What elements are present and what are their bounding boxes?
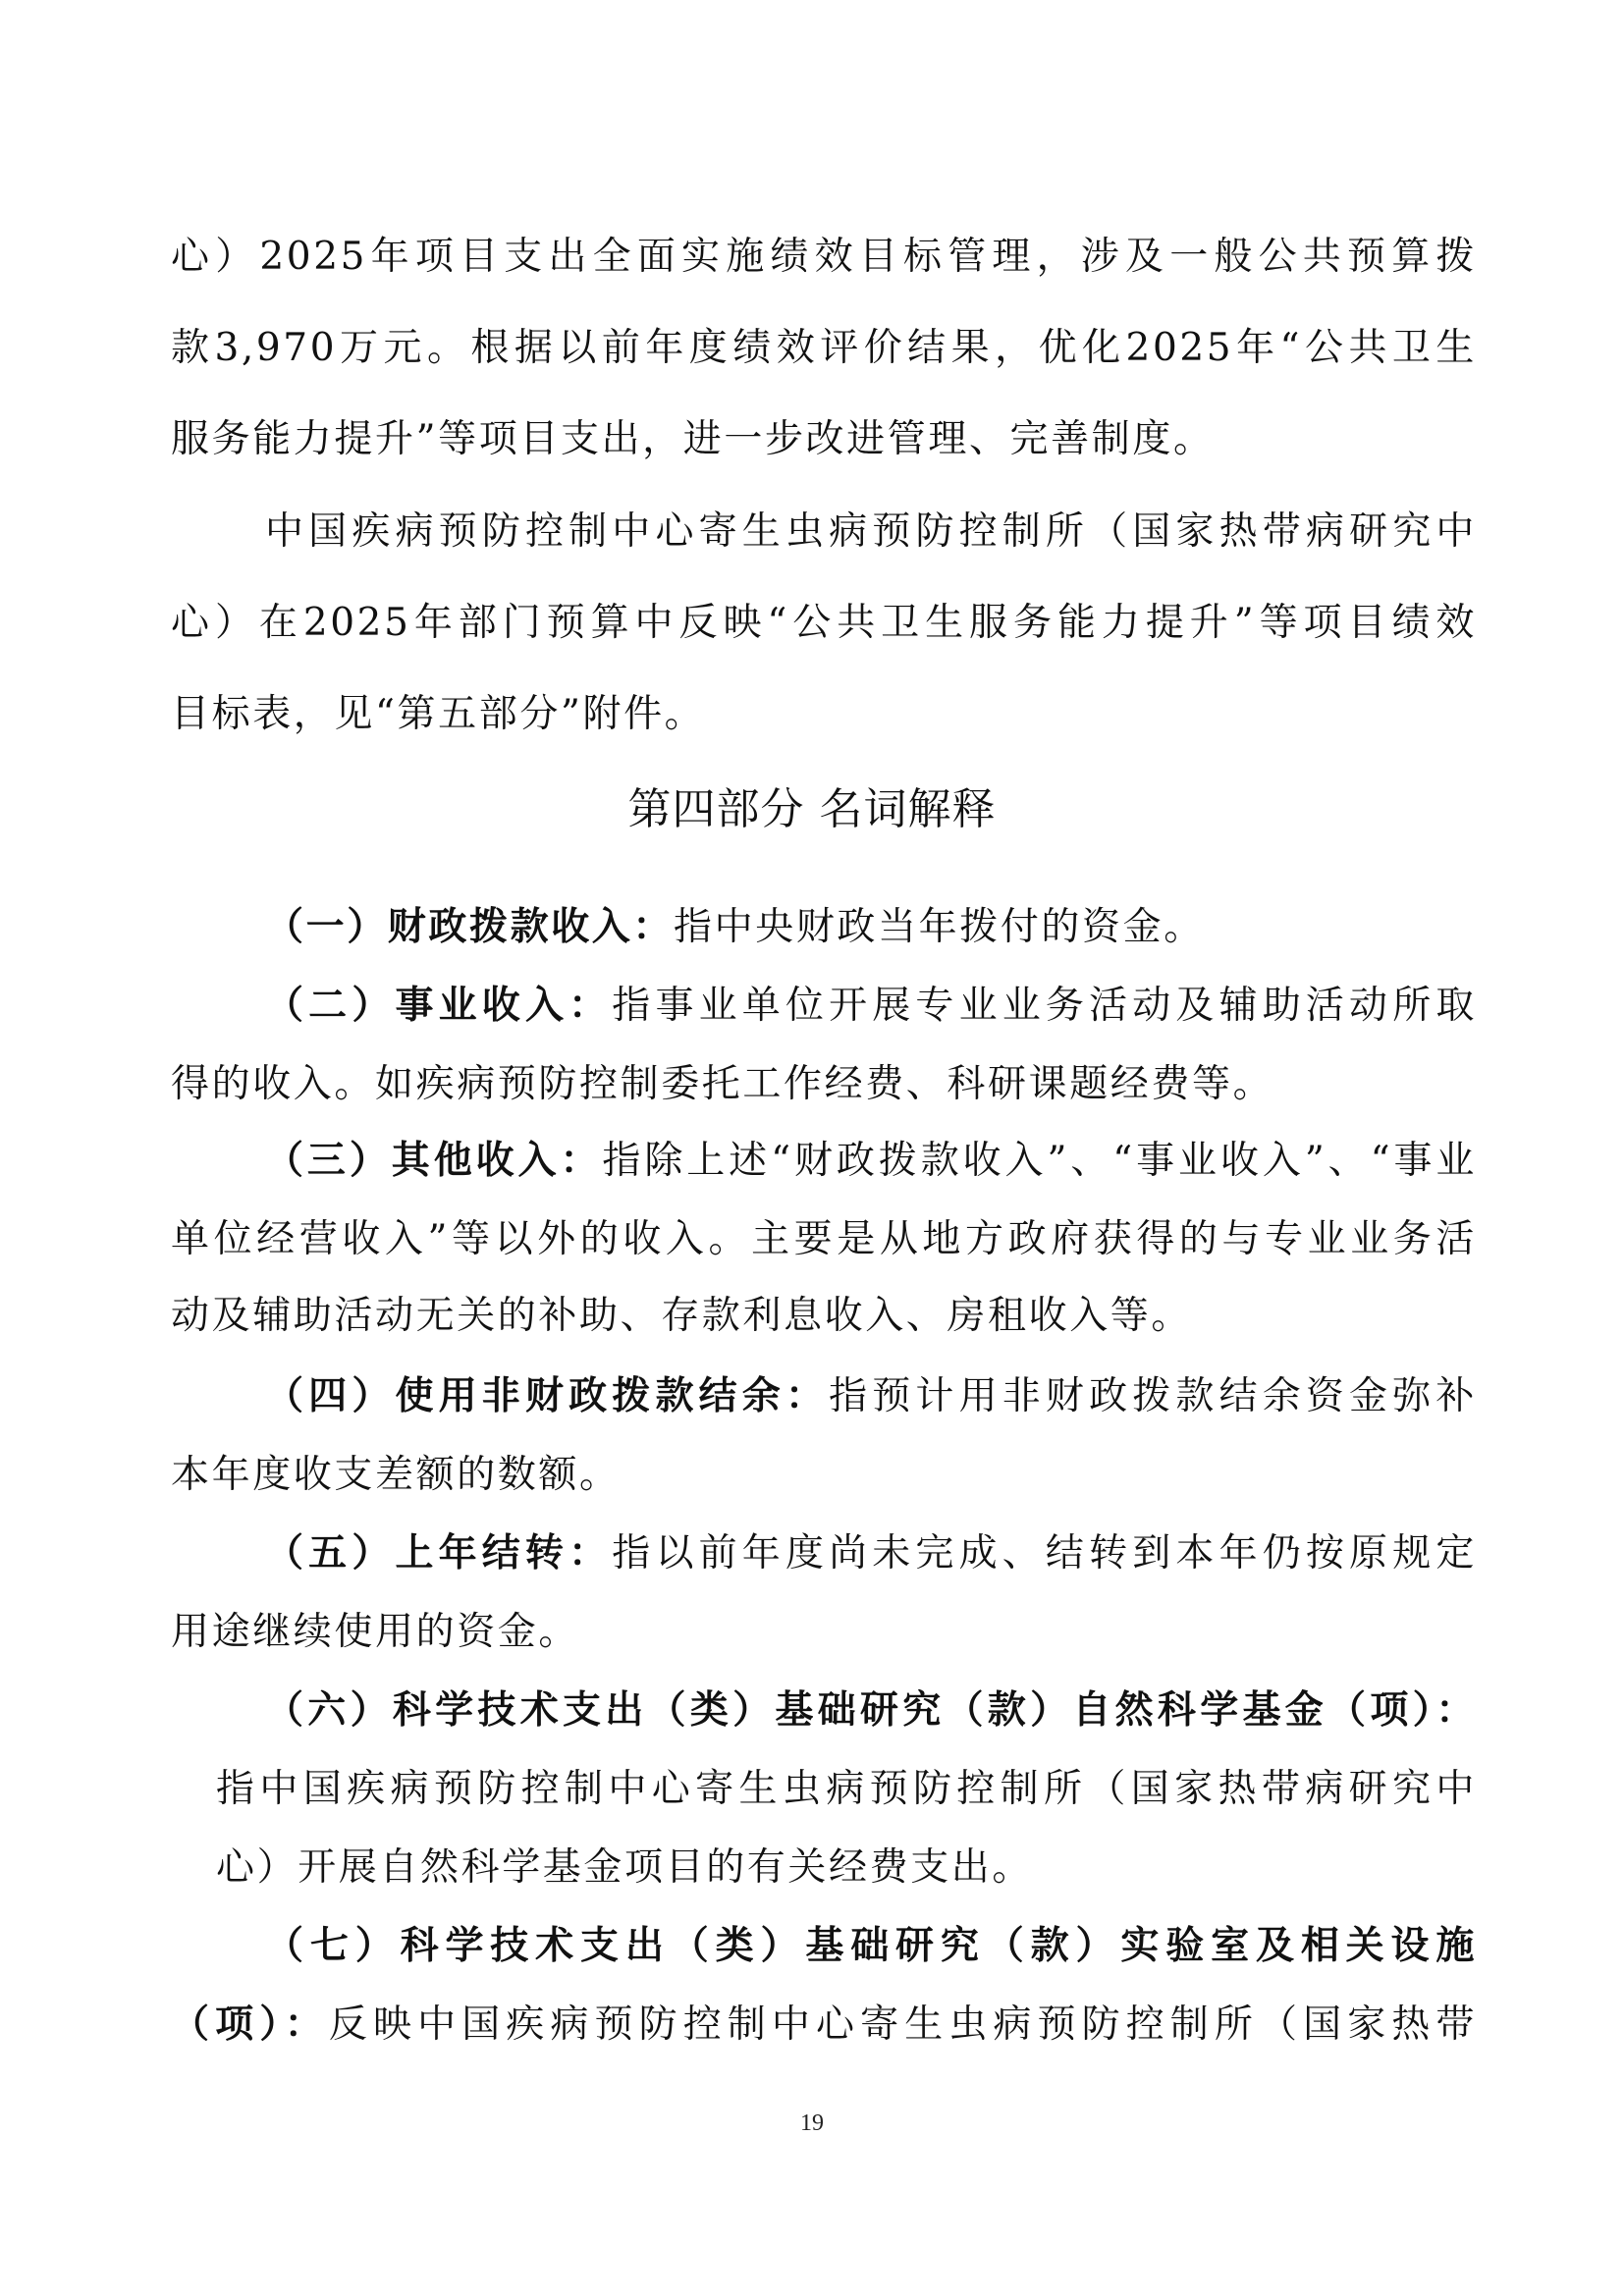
body-text-line: 动及辅助活动无关的补助、存款利息收入、房租收入等。 xyxy=(171,1287,1477,1346)
document-page: 心）2025年项目支出全面实施绩效目标管理，涉及一般公共预算拨 款3,970万元… xyxy=(0,0,1624,2296)
body-text-line: 用途继续使用的资金。 xyxy=(171,1603,1477,1662)
definition-text: 指中央财政当年拨付的资金。 xyxy=(674,905,1205,949)
definition-text: 指除上述“财政拨款收入”、“事业收入”、“事业 xyxy=(602,1139,1477,1183)
body-text-line: 服务能力提升”等项目支出，进一步改进管理、完善制度。 xyxy=(171,410,1477,469)
definition-text: 指事业单位开展专业业务活动及辅助活动所取 xyxy=(612,984,1477,1028)
section-heading: 第四部分 名词解释 xyxy=(0,780,1624,839)
body-text-line: 心）在2025年部门预算中反映“公共卫生服务能力提升”等项目绩效 xyxy=(171,594,1477,653)
definition-term: （三）其他收入： xyxy=(265,1139,602,1183)
definition-text: 指以前年度尚未完成、结转到本年仍按原规定 xyxy=(612,1531,1477,1575)
body-text-line: 目标表，见“第五部分”附件。 xyxy=(171,685,1477,744)
definition-item: （一）财政拨款收入：指中央财政当年拨付的资金。 xyxy=(265,898,1477,957)
body-text-line: 款3,970万元。根据以前年度绩效评价结果，优化2025年“公共卫生 xyxy=(171,319,1477,378)
body-text-line: 心）开展自然科学基金项目的有关经费支出。 xyxy=(216,1839,1477,1897)
definition-item: （三）其他收入：指除上述“财政拨款收入”、“事业收入”、“事业 xyxy=(265,1132,1477,1191)
definition-item: （项）：反映中国疾病预防控制中心寄生虫病预防控制所（国家热带 xyxy=(171,1996,1477,2055)
definition-term: （一）财政拨款收入： xyxy=(265,905,674,949)
definition-text: 指预计用非财政拨款结余资金弥补 xyxy=(829,1374,1477,1418)
definition-item: （五）上年结转：指以前年度尚未完成、结转到本年仍按原规定 xyxy=(265,1524,1477,1583)
definition-term: （五）上年结转： xyxy=(265,1531,612,1575)
body-text-line: 中国疾病预防控制中心寄生虫病预防控制所（国家热带病研究中 xyxy=(265,503,1477,561)
definition-term: （二）事业收入： xyxy=(265,984,612,1028)
page-number: 19 xyxy=(0,2110,1624,2137)
definition-item: （四）使用非财政拨款结余：指预计用非财政拨款结余资金弥补 xyxy=(265,1367,1477,1426)
definition-item: （六）科学技术支出（类）基础研究（款）自然科学基金（项）： xyxy=(265,1682,1477,1740)
definition-term: （六）科学技术支出（类）基础研究（款）自然科学基金（项）： xyxy=(265,1688,1477,1733)
definition-item: （二）事业收入：指事业单位开展专业业务活动及辅助活动所取 xyxy=(265,977,1477,1036)
body-text-line: 指中国疾病预防控制中心寄生虫病预防控制所（国家热带病研究中 xyxy=(216,1760,1477,1819)
body-text-line: 心）2025年项目支出全面实施绩效目标管理，涉及一般公共预算拨 xyxy=(171,228,1477,287)
definition-text: 反映中国疾病预防控制中心寄生虫病预防控制所（国家热带 xyxy=(329,2002,1477,2047)
body-text-line: 单位经营收入”等以外的收入。主要是从地方政府获得的与专业业务活 xyxy=(171,1210,1477,1269)
body-text-line: 得的收入。如疾病预防控制委托工作经费、科研课题经费等。 xyxy=(171,1055,1477,1114)
definition-item: （七）科学技术支出（类）基础研究（款）实验室及相关设施 xyxy=(265,1917,1477,1976)
body-text-line: 本年度收支差额的数额。 xyxy=(171,1446,1477,1505)
definition-term: （项）： xyxy=(171,2002,329,2047)
definition-term: （四）使用非财政拨款结余： xyxy=(265,1374,829,1418)
definition-term: （七）科学技术支出（类）基础研究（款）实验室及相关设施 xyxy=(265,1924,1477,1968)
